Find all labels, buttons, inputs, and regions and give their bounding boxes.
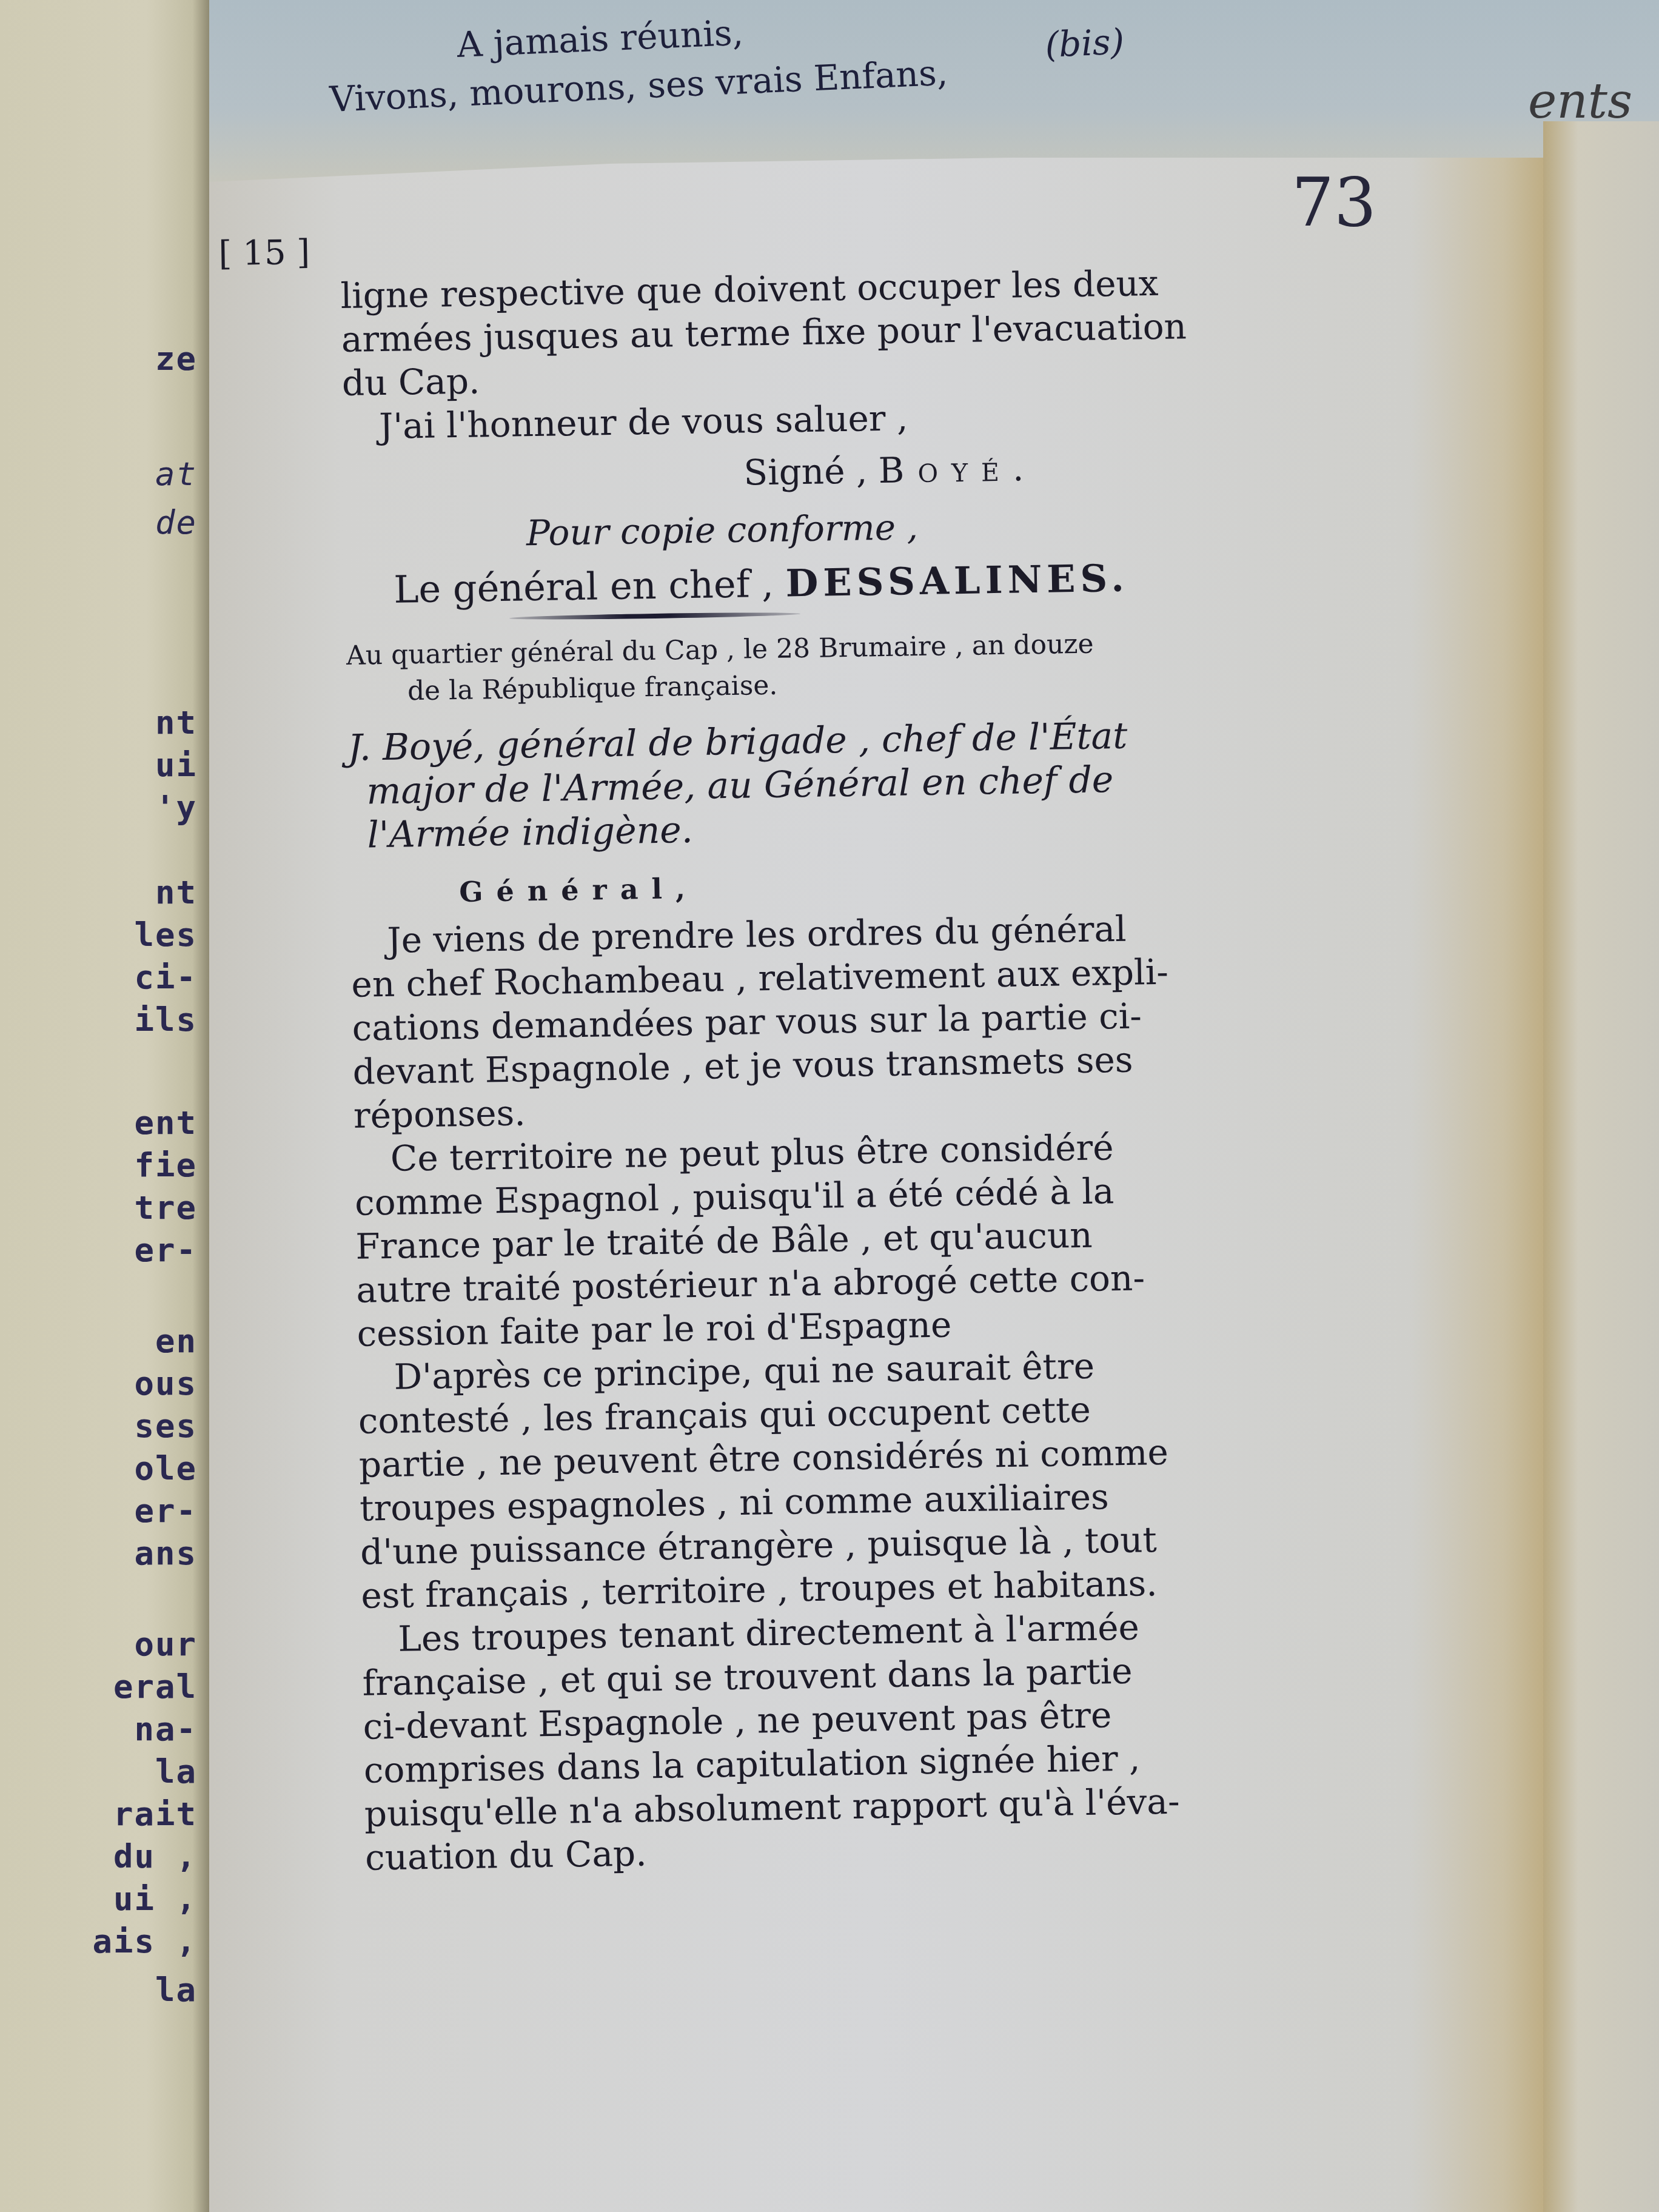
left-page-fragment: nt	[76, 703, 197, 742]
left-page-fragment: la	[76, 1752, 197, 1791]
overlapping-top-sheet: Sou A jamais réunis, Vivons, mourons, se…	[209, 0, 1659, 182]
left-page-fragment: la	[76, 1971, 197, 2009]
paragraph: Je viens de prendre les ordres du généra…	[350, 906, 1215, 1138]
left-page-fragment: nt	[76, 873, 197, 911]
salutation: Général,	[459, 859, 1212, 914]
left-page-fragment: ous	[76, 1364, 197, 1403]
left-page-fragment: ci-	[76, 958, 197, 996]
folio-number: 73	[1292, 164, 1376, 241]
left-page-fragment: ils	[76, 1000, 197, 1039]
opening-lines: ligne respective que doivent occuper les…	[340, 261, 1203, 405]
left-page-fragment: du ,	[76, 1837, 197, 1875]
left-page-fragment: er-	[76, 1231, 197, 1269]
left-page-fragment: rait	[76, 1795, 197, 1833]
left-page-fragment: our	[76, 1625, 197, 1663]
left-page-fragment: tre	[76, 1188, 197, 1227]
left-page-fragment: at	[76, 455, 197, 493]
left-page-fragment: ais ,	[76, 1922, 197, 1960]
left-page-fragment: les	[76, 916, 197, 954]
left-page-fragment: ses	[76, 1407, 197, 1445]
left-page-fragment: 'y	[76, 788, 197, 826]
letter-address: J. Boyé, général de brigade , chef de l'…	[347, 713, 1210, 857]
page-text: [ 15 ] ligne respective que doivent occu…	[340, 217, 1227, 1880]
left-facing-page: zeatdentui'yntlesci-ilsentfietreer-enous…	[0, 0, 209, 2212]
copy-note: Pour copie conforme ,	[526, 501, 1205, 555]
top-sheet-bis: (bis)	[1044, 21, 1125, 65]
signed-label: Signé ,	[743, 450, 868, 493]
left-page-fragment: de	[76, 503, 197, 541]
section-divider-rule	[509, 611, 800, 621]
top-sheet-line-1: A jamais réunis,	[456, 12, 744, 65]
signed-name: Boyé.	[878, 447, 1037, 491]
letter-header: Au quartier général du Cap , le 28 Bruma…	[346, 625, 1208, 711]
top-sheet-line-2: Vivons, mourons, ses vrais Enfans,	[329, 52, 948, 120]
left-page-fragment: na-	[76, 1710, 197, 1748]
underlying-sheet-edge	[1543, 121, 1659, 2212]
paragraph: Ce territoire ne peut plus être considér…	[354, 1124, 1218, 1356]
signature-boye: Signé , Boyé.	[743, 444, 1205, 495]
left-page-fragment: ans	[76, 1534, 197, 1572]
left-page-fragment: en	[76, 1322, 197, 1360]
left-page-fragment: eral	[76, 1667, 197, 1706]
dessalines-name: DESSALINES.	[785, 556, 1129, 606]
dessalines-label: Le général en chef ,	[394, 561, 774, 612]
left-page-fragment: ent	[76, 1104, 197, 1142]
left-page-fragment: ze	[76, 340, 197, 378]
left-page-fragment: ole	[76, 1449, 197, 1487]
paragraph: D'après ce principe, qui ne saurait être…	[357, 1342, 1222, 1617]
top-sheet-fragment: Sou	[256, 0, 304, 4]
left-page-fragment: ui ,	[76, 1880, 197, 1918]
signature-dessalines: Le général en chef , DESSALINES.	[394, 555, 1207, 612]
left-page-fragment: er-	[76, 1492, 197, 1530]
letter-body: Je viens de prendre les ordres du généra…	[350, 906, 1227, 1880]
left-page-fragment: fie	[76, 1146, 197, 1184]
left-page-fragment: ui	[76, 746, 197, 784]
paragraph: Les troupes tenant directement à l'armée…	[361, 1604, 1227, 1879]
